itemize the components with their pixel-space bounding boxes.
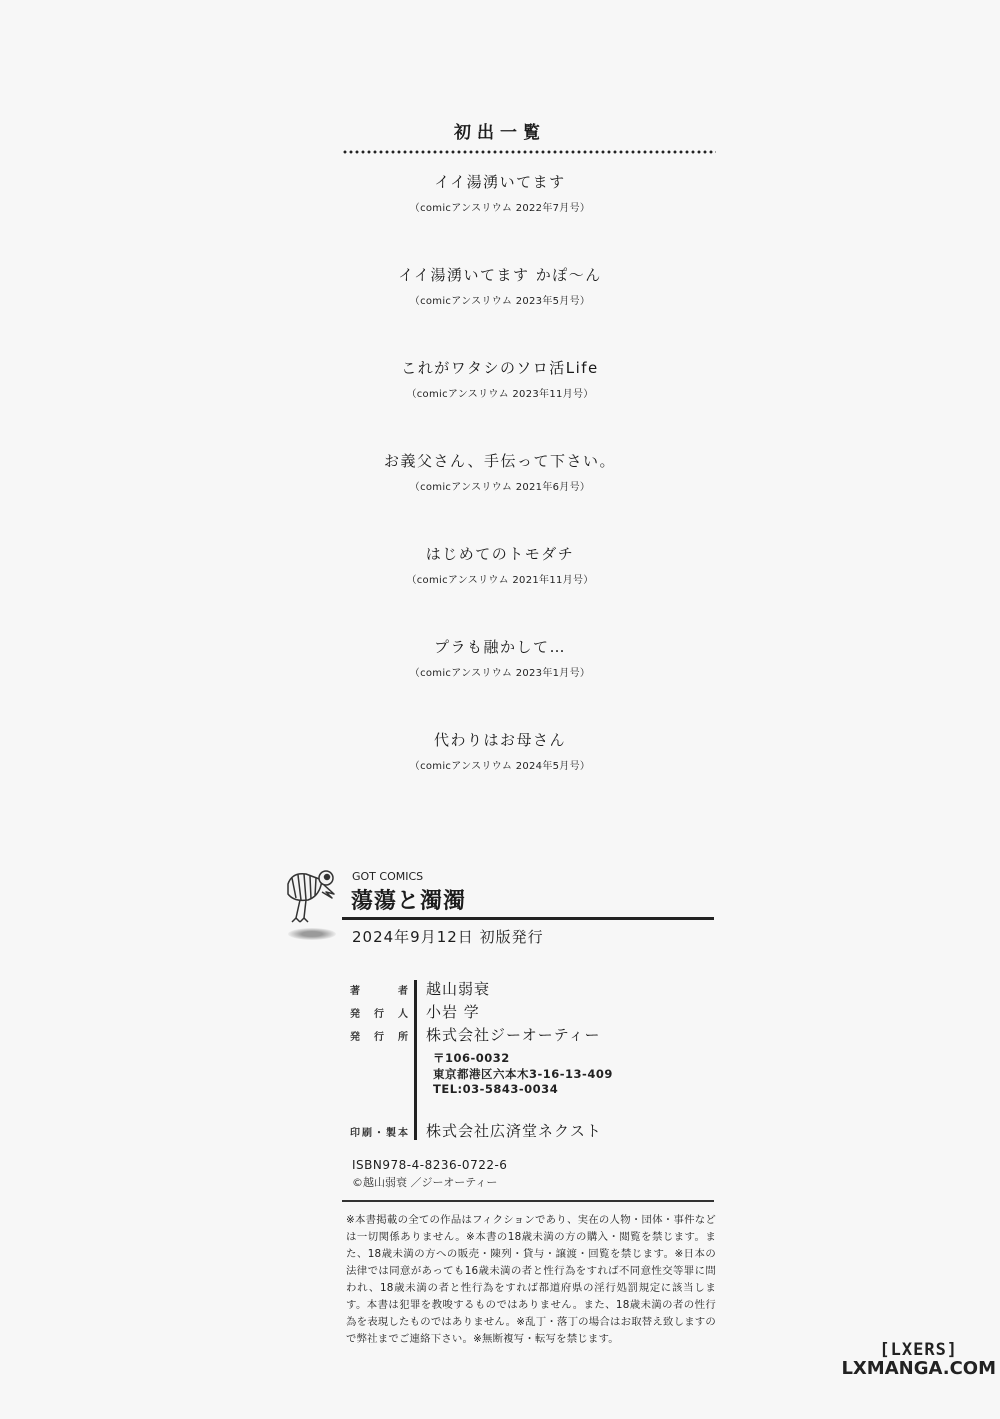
copyright: ©越山弱衰 ／ジーオーティー <box>352 1174 497 1190</box>
entry-source: （comicアンスリウム 2024年5月号） <box>0 757 1000 772</box>
telephone: TEL:03-5843-0034 <box>433 1082 558 1096</box>
entry-source: （comicアンスリウム 2023年5月号） <box>0 292 1000 307</box>
credit-key: 印刷・製本 <box>350 1124 408 1139</box>
first-appearance-entry: はじめてのトモダチ （comicアンスリウム 2021年11月号） <box>0 543 1000 586</box>
credit-key: 発行人 <box>350 1005 408 1020</box>
entry-title: イイ湯湧いてます <box>0 171 1000 192</box>
dotted-divider <box>342 150 716 154</box>
title-rule <box>342 917 714 920</box>
entry-title: これがワタシのソロ活Life <box>0 357 1000 378</box>
entry-source: （comicアンスリウム 2021年6月号） <box>0 478 1000 493</box>
watermark-line2: LXMANGA.COM <box>841 1358 996 1379</box>
credit-value: 株式会社ジーオーティー <box>426 1024 601 1045</box>
watermark-line1: [LXERS] <box>841 1340 996 1360</box>
first-appearance-entry: これがワタシのソロ活Life （comicアンスリウム 2023年11月号） <box>0 357 1000 400</box>
credit-value: 越山弱衰 <box>426 978 490 999</box>
entry-title: イイ湯湧いてます かぽ〜ん <box>0 264 1000 285</box>
entry-title: 代わりはお母さん <box>0 729 1000 750</box>
credits-divider <box>414 980 417 1140</box>
credit-value: 小岩 学 <box>426 1001 480 1022</box>
street-address: 東京都港区六本木3-16-13-409 <box>433 1066 613 1082</box>
entry-title: お義父さん、手伝って下さい。 <box>0 450 1000 471</box>
first-appearance-entry: お義父さん、手伝って下さい。 （comicアンスリウム 2021年6月号） <box>0 450 1000 493</box>
entry-source: （comicアンスリウム 2022年7月号） <box>0 199 1000 214</box>
first-appearance-entry: プラも融かして… （comicアンスリウム 2023年1月号） <box>0 636 1000 679</box>
publication-date: 2024年9月12日 初版発行 <box>352 926 544 947</box>
section-heading: 初出一覧 <box>0 118 1000 143</box>
first-appearance-entry: イイ湯湧いてます （comicアンスリウム 2022年7月号） <box>0 171 1000 214</box>
book-title: 蕩蕩と濁濁 <box>351 884 466 915</box>
notice-rule <box>342 1200 714 1202</box>
watermark: [LXERS] LXMANGA.COM <box>841 1340 996 1379</box>
credit-key: 著者 <box>350 982 408 997</box>
entry-source: （comicアンスリウム 2023年11月号） <box>0 385 1000 400</box>
postal-code: 〒106-0032 <box>433 1050 510 1066</box>
credit-value: 株式会社広済堂ネクスト <box>426 1120 602 1141</box>
entry-source: （comicアンスリウム 2023年1月号） <box>0 664 1000 679</box>
isbn: ISBN978-4-8236-0722-6 <box>352 1158 507 1172</box>
first-appearance-entry: イイ湯湧いてます かぽ〜ん （comicアンスリウム 2023年5月号） <box>0 264 1000 307</box>
legal-notice: ※本書掲載の全ての作品はフィクションであり、実在の人物・団体・事件などは一切関係… <box>346 1212 716 1348</box>
entry-title: プラも融かして… <box>0 636 1000 657</box>
entry-title: はじめてのトモダチ <box>0 543 1000 564</box>
logo-shadow <box>288 928 336 940</box>
first-appearance-entry: 代わりはお母さん （comicアンスリウム 2024年5月号） <box>0 729 1000 772</box>
credit-key: 発行所 <box>350 1028 408 1043</box>
bird-logo-icon <box>282 866 342 932</box>
imprint-label: GOT COMICS <box>352 870 423 883</box>
entry-source: （comicアンスリウム 2021年11月号） <box>0 571 1000 586</box>
